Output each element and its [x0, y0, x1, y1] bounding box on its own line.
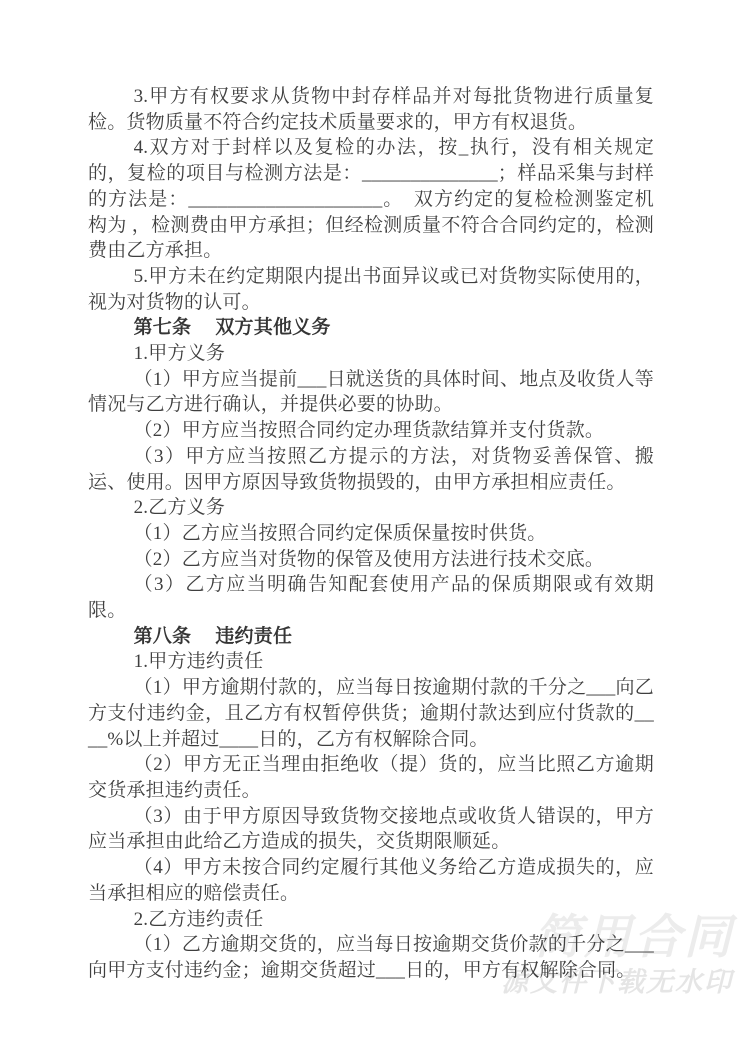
contract-paragraph: （1）乙方逾期交货的，应当每日按逾期交货价款的千分之___向甲方支付违约金；逾期…: [88, 932, 654, 983]
contract-paragraph: 5.甲方未在约定期限内提出书面异议或已对货物实际使用的，视为对货物的认可。: [88, 264, 654, 315]
contract-paragraph: 2.乙方义务: [88, 495, 654, 521]
contract-paragraph: （3）甲方应当按照乙方提示的方法，对货物妥善保管、搬运、使用。因甲方原因导致货物…: [88, 444, 654, 495]
contract-paragraph: （3）乙方应当明确告知配套使用产品的保质期限或有效期限。: [88, 572, 654, 623]
contract-paragraph: （3）由于甲方原因导致货物交接地点或收货人错误的，甲方应当承担由此给乙方造成的损…: [88, 804, 654, 855]
contract-paragraph: 3.甲方有权要求从货物中封存样品并对每批货物进行质量复检。货物质量不符合约定技术…: [88, 84, 654, 135]
contract-paragraph: （2）乙方应当对货物的保管及使用方法进行技术交底。: [88, 547, 654, 573]
contract-page: 简用合同 源文件下载无水印 3.甲方有权要求从货物中封存样品并对每批货物进行质量…: [0, 0, 742, 1049]
contract-paragraph: （4）甲方未按合同约定履行其他义务给乙方造成损失的，应当承担相应的赔偿责任。: [88, 855, 654, 906]
contract-paragraph: （2）甲方无正当理由拒绝收（提）货的，应当比照乙方逾期交货承担违约责任。: [88, 752, 654, 803]
contract-paragraph: 1.甲方义务: [88, 341, 654, 367]
contract-paragraph: （1）乙方应当按照合同约定保质保量按时供货。: [88, 521, 654, 547]
contract-paragraph: （1）甲方应当提前___日就送货的具体时间、地点及收货人等情况与乙方进行确认，并…: [88, 367, 654, 418]
section-heading-article-7: 第七条 双方其他义务: [88, 315, 654, 341]
contract-paragraph: （1）甲方逾期付款的，应当每日按逾期付款的千分之___向乙方支付违约金，且乙方有…: [88, 675, 654, 752]
contract-body: 3.甲方有权要求从货物中封存样品并对每批货物进行质量复检。货物质量不符合约定技术…: [88, 84, 654, 984]
contract-paragraph: 4.双方对于封样以及复检的办法，按_执行，没有相关规定的，复检的项目与检测方法是…: [88, 135, 654, 264]
section-heading-article-8: 第八条 违约责任: [88, 624, 654, 650]
contract-paragraph: 2.乙方违约责任: [88, 907, 654, 933]
contract-paragraph: （2）甲方应当按照合同约定办理货款结算并支付货款。: [88, 418, 654, 444]
contract-paragraph: 1.甲方违约责任: [88, 649, 654, 675]
